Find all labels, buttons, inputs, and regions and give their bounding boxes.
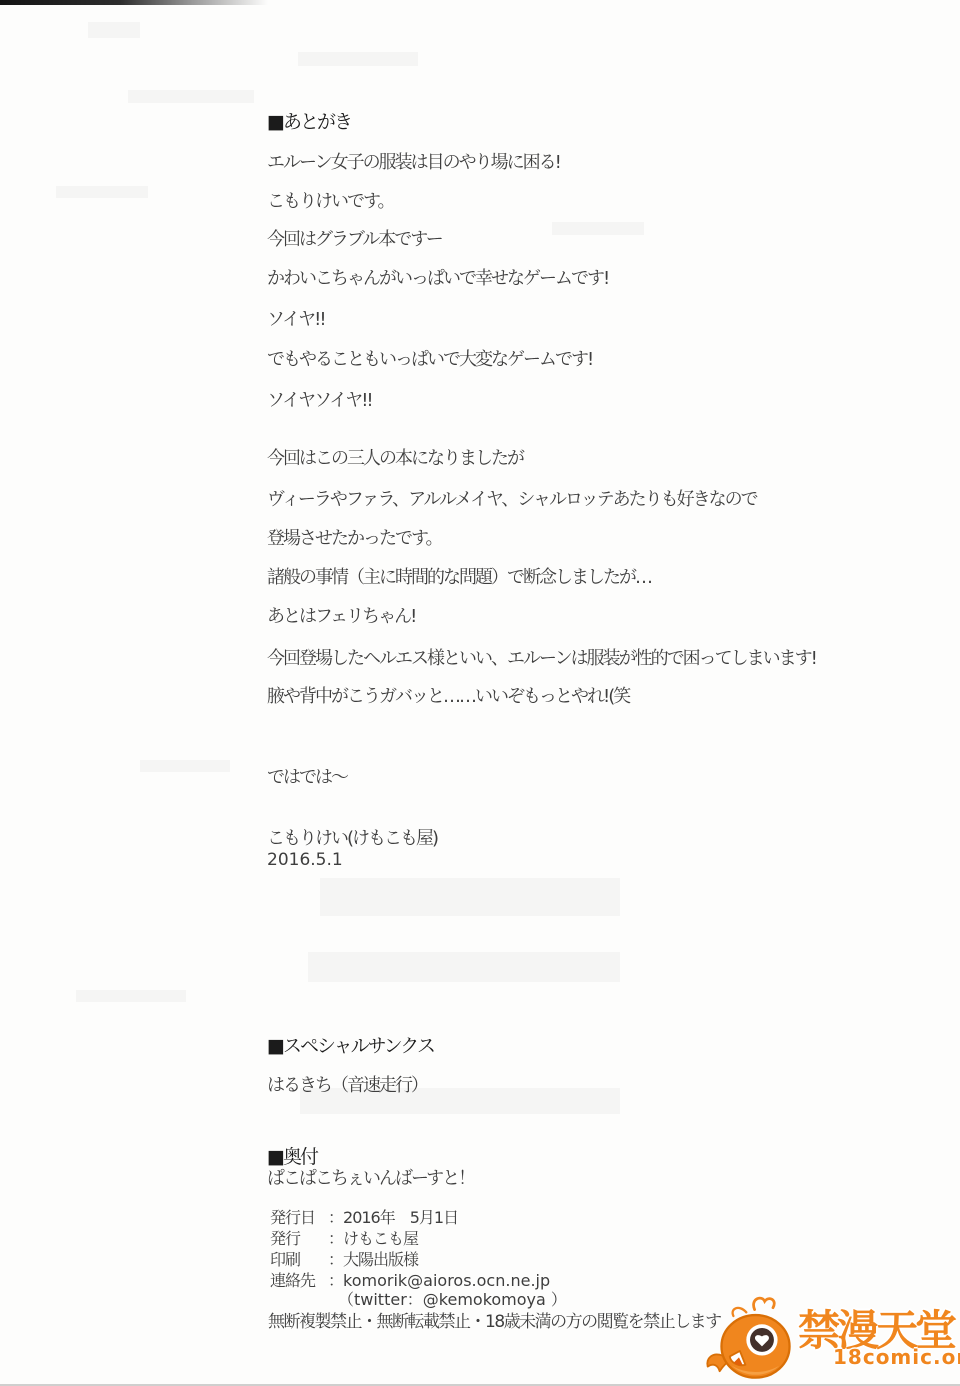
afterword-paragraph: こもりけいです。: [267, 192, 394, 213]
bleedthrough-artifact: [88, 22, 140, 38]
bleedthrough-artifact: [320, 878, 620, 916]
afterword-paragraph: ではでは～: [267, 768, 347, 789]
colophon-row-contact: 連絡先 ： komorik@aioros.ocn.ne.jp: [270, 1271, 550, 1290]
afterword-paragraph: あとはフェリちゃん!: [267, 607, 415, 628]
afterword-paragraph: 腋や背中がこうガバッと……いいぞもっとやれ!(笑: [267, 687, 629, 708]
colophon-row-publisher: 発行 ： けもこも屋: [270, 1229, 418, 1248]
afterword-paragraph: 今回はグラブル本ですー: [267, 230, 442, 251]
colophon-label: 連絡先: [270, 1271, 328, 1290]
colophon-colon: ：: [328, 1229, 343, 1248]
bleedthrough-artifact: [56, 186, 148, 198]
colophon-title: ぱこぱこちぇいんばーすと！: [267, 1169, 474, 1190]
colophon-label: 印刷: [270, 1250, 328, 1269]
afterword-heading: ■あとがき: [267, 112, 351, 134]
bleedthrough-artifact: [308, 952, 620, 982]
colophon-colon: ：: [328, 1250, 343, 1269]
colophon-colon: ：: [328, 1271, 343, 1290]
afterword-signature: こもりけい(けもこも屋): [267, 829, 437, 850]
bleedthrough-artifact: [552, 222, 644, 235]
afterword-paragraph: 登場させたかったです。: [267, 529, 442, 550]
colophon-twitter: （twitter：@kemokomoya ）: [338, 1291, 567, 1309]
colophon-email: komorik@aioros.ocn.ne.jp: [343, 1271, 550, 1290]
whale-mascot-icon: [704, 1292, 796, 1386]
afterword-paragraph: 今回はこの三人の本になりましたが: [267, 449, 523, 470]
bleedthrough-artifact: [128, 90, 254, 103]
special-thanks-name: はるきち（音速走行）: [267, 1076, 427, 1097]
bleedthrough-artifact: [298, 52, 418, 66]
watermark-logo: 禁漫天堂 18comic.org: [704, 1292, 960, 1386]
afterword-date: 2016.5.1: [267, 851, 343, 871]
afterword-paragraph: エルーン女子の服装は目のやり場に困る!: [267, 153, 560, 174]
colophon-row-printer: 印刷 ： 大陽出版様: [270, 1250, 418, 1269]
afterword-paragraph: ソイヤソイヤ!!: [267, 391, 372, 412]
scanned-doujinshi-afterword-page: ■あとがき エルーン女子の服装は目のやり場に困る! こもりけいです。 今回はグラ…: [0, 0, 960, 1386]
colophon-value: けもこも屋: [343, 1229, 418, 1248]
watermark-site-url: 18comic.org: [833, 1345, 960, 1369]
afterword-paragraph: かわいこちゃんがいっぱいで幸せなゲームです!: [267, 269, 608, 290]
afterword-paragraph: ヴィーラやファラ、アルルメイヤ、シャルロッテあたりも好きなので: [267, 490, 757, 511]
colophon-value: 大陽出版様: [343, 1250, 418, 1269]
afterword-paragraph: 今回登場したヘルエス様といい、エルーンは服装が性的で困ってしまいます!: [267, 649, 816, 670]
afterword-paragraph: 諸般の事情（主に時間的な問題）で断念しましたが…: [267, 568, 651, 589]
special-thanks-heading: ■スペシャルサンクス: [267, 1036, 434, 1058]
bleedthrough-artifact: [76, 990, 186, 1002]
colophon-heading: ■奥付: [267, 1147, 317, 1169]
colophon-row-publish-date: 発行日 ： 2016年 5月1日: [270, 1208, 458, 1227]
bleedthrough-artifact: [140, 760, 230, 772]
colophon-value: 2016年 5月1日: [343, 1208, 458, 1227]
colophon-label: 発行日: [270, 1208, 328, 1227]
afterword-paragraph: ソイヤ!!: [267, 310, 325, 331]
colophon-colon: ：: [328, 1208, 343, 1227]
scan-edge-artifact-top: [0, 0, 268, 5]
afterword-paragraph: でもやることもいっぱいで大変なゲームです!: [267, 350, 592, 371]
colophon-label: 発行: [270, 1229, 328, 1248]
colophon-notice: 無断複製禁止・無断転載禁止・18歳未満の方の閲覧を禁止します: [268, 1313, 721, 1333]
